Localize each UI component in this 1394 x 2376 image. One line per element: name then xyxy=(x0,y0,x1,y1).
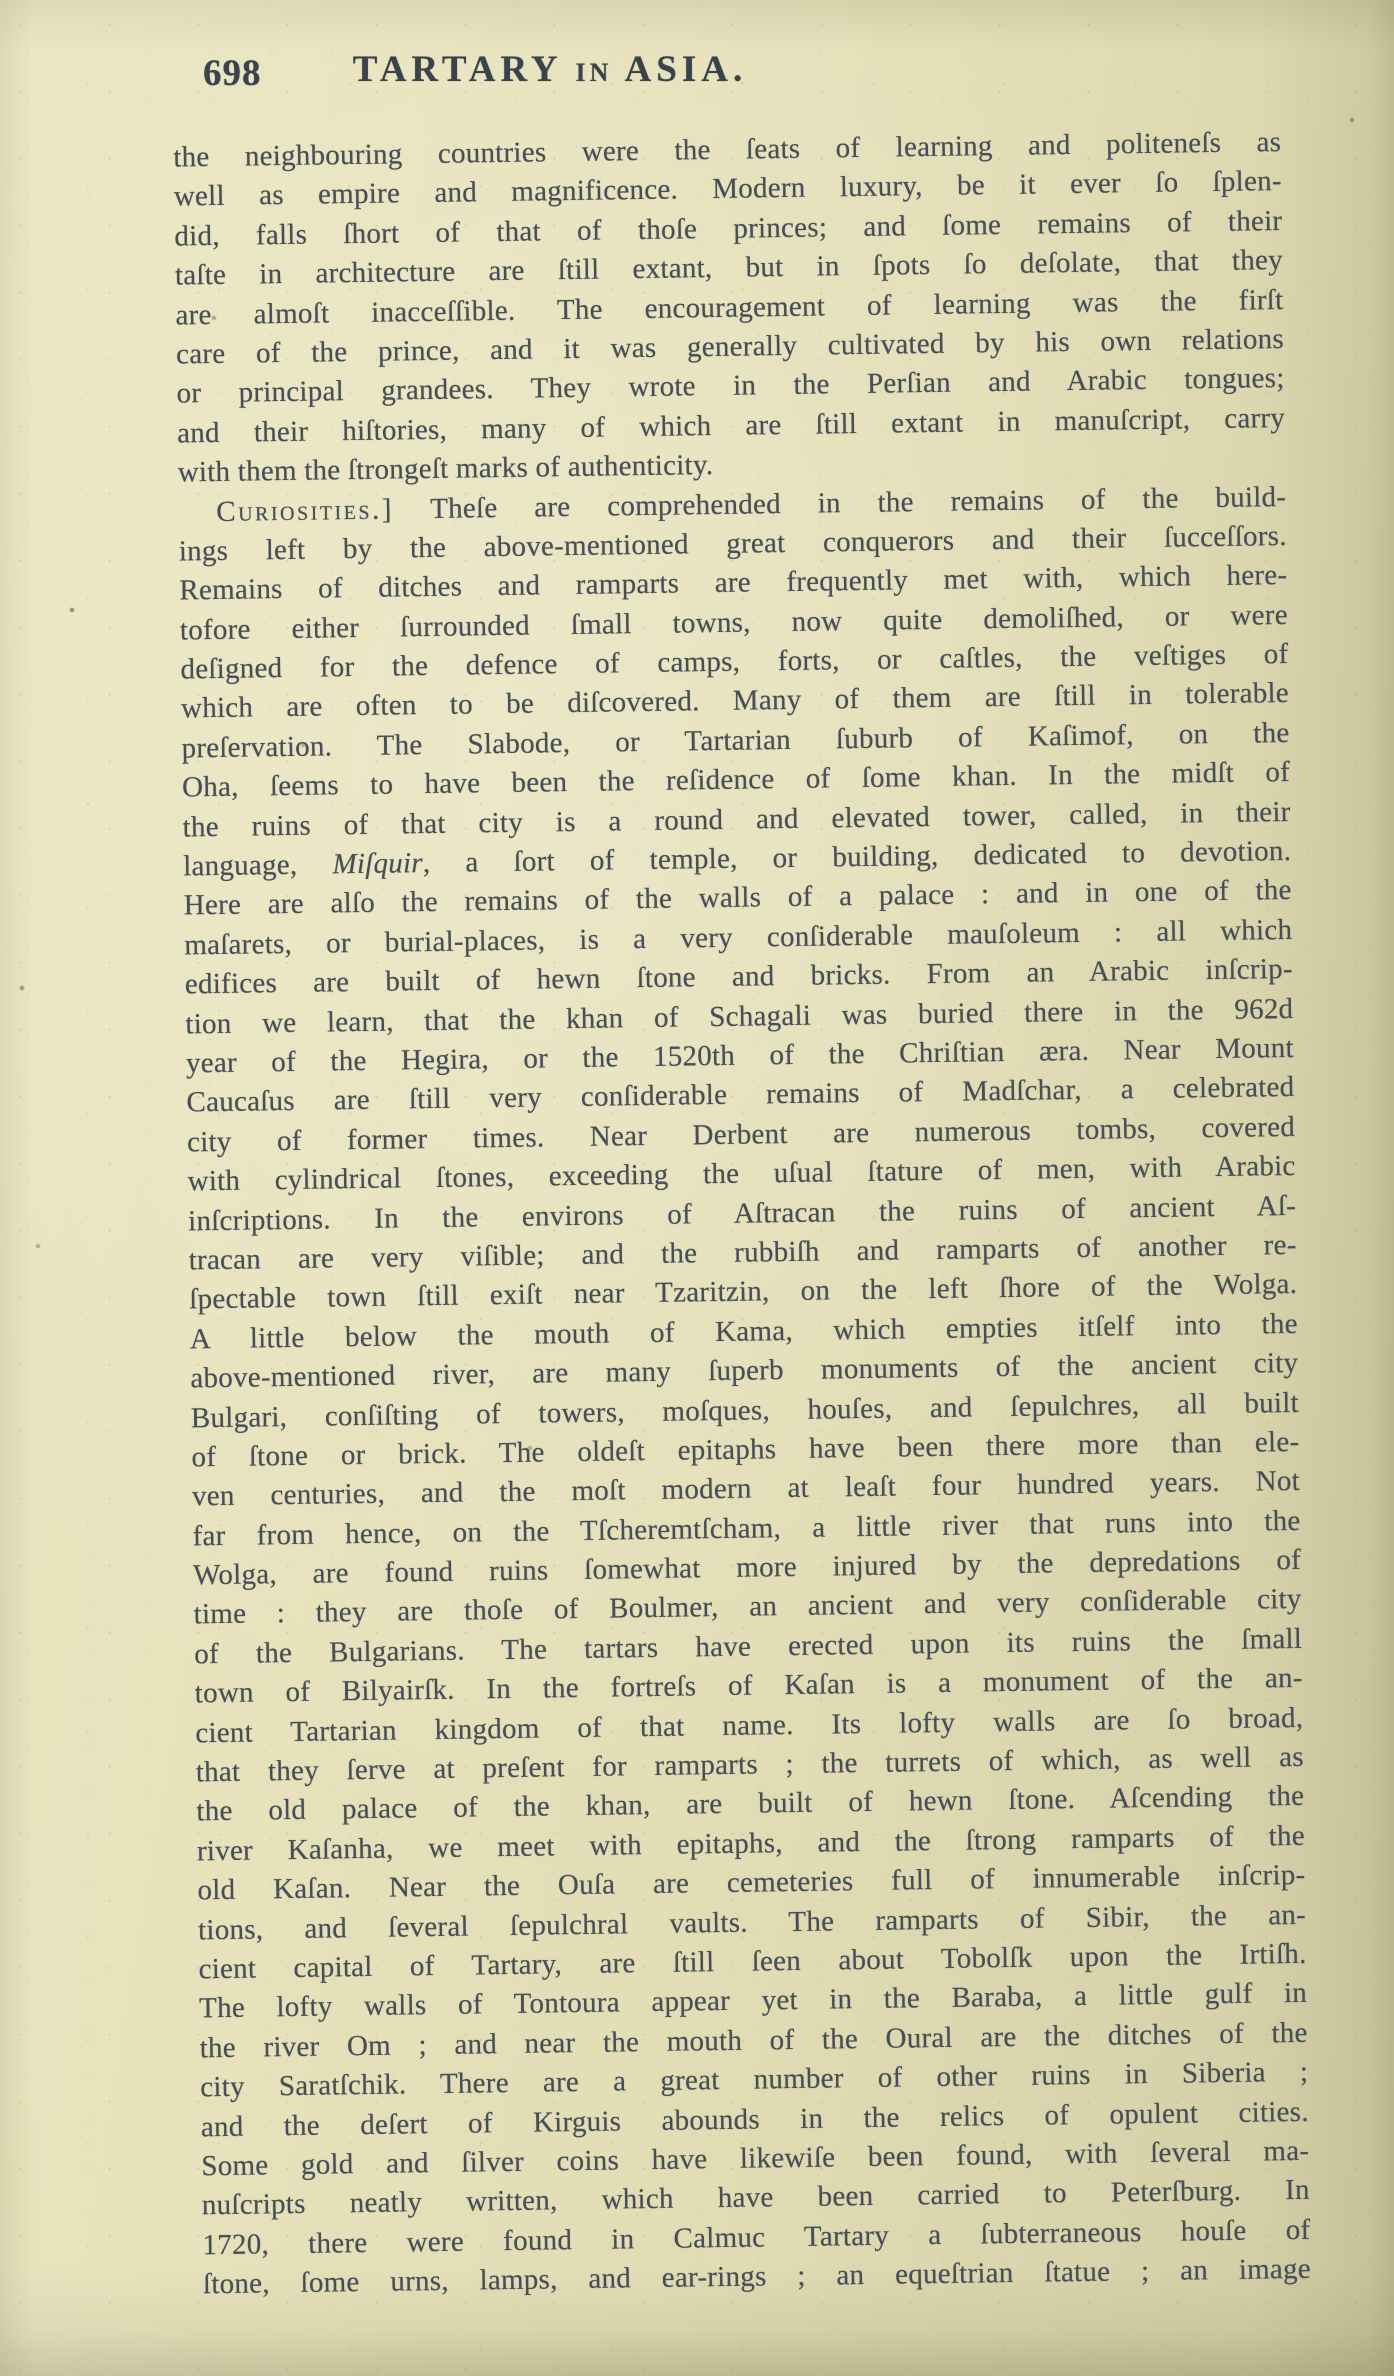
page-title-word2: in xyxy=(576,58,613,87)
text-segment-smallcaps: Curiosities.] xyxy=(216,493,394,527)
book-page: 698 TARTARY in ASIA. the neighbouring co… xyxy=(0,0,1394,2376)
text-block: the neighbouring countries were the ſeat… xyxy=(173,123,1311,2305)
text-segment: language, xyxy=(183,848,333,882)
page-header: 698 TARTARY in ASIA. xyxy=(0,44,1394,104)
text-segment: with them the ſtrongeſt marks of authent… xyxy=(178,449,714,488)
page-title: TARTARY in ASIA. xyxy=(0,48,1100,91)
page-title-word1: TARTARY xyxy=(353,49,562,90)
text-segment-italic: Miſquir xyxy=(332,847,423,880)
page-title-word3: ASIA. xyxy=(625,49,748,90)
